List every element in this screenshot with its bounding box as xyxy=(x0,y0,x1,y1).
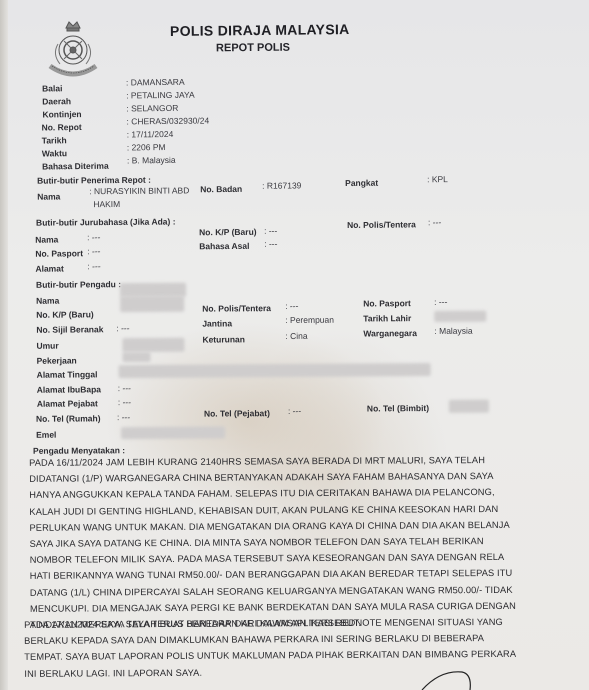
receiver-rank-value: : KPL xyxy=(427,174,448,184)
receiver-badge-value: : R167139 xyxy=(262,180,301,190)
interpreter-kp-value: : --- xyxy=(264,226,277,236)
complainant-parent-address-value: : --- xyxy=(118,383,131,393)
complainant-nationality-label: Warganegara xyxy=(363,328,417,338)
complainant-office-tel-label: No. Tel (Pejabat) xyxy=(204,408,270,418)
redacted-job xyxy=(123,352,151,362)
info-value-daerah: : PETALING JAYA xyxy=(126,90,195,101)
redacted-home-address xyxy=(119,363,431,378)
complainant-age-label: Umur xyxy=(36,341,58,351)
complainant-heading: Butir-butir Pengadu : xyxy=(36,279,121,290)
interpreter-address-label: Alamat xyxy=(35,263,63,273)
interpreter-kp-label: No. K/P (Baru) xyxy=(199,227,257,238)
complainant-birth-cert-label: No. Sijil Beranak xyxy=(36,324,103,334)
info-value-tarikh: : 17/11/2024 xyxy=(127,129,174,140)
complainant-police-label: No. Polis/Tentera xyxy=(202,303,271,313)
info-value-bahasa: : B. Malaysia xyxy=(127,155,176,166)
page-title: POLIS DIRAJA MALAYSIA xyxy=(170,21,350,39)
complainant-police-value: : --- xyxy=(285,301,298,311)
complainant-name-label: Nama xyxy=(36,296,59,306)
complainant-passport-label: No. Pasport xyxy=(363,298,411,308)
complainant-parent-address-label: Alamat IbuBapa xyxy=(37,384,101,394)
statement-line: TEMPAT. SAYA BUAT LAPORAN POLIS UNTUK MA… xyxy=(24,646,516,665)
receiver-rank-label: Pangkat xyxy=(345,178,378,188)
interpreter-police-label: No. Polis/Tentera xyxy=(347,219,416,230)
info-value-balai: : DAMANSARA xyxy=(126,77,185,88)
info-label-bahasa: Bahasa Diterima xyxy=(42,161,109,172)
info-label-kontinjen: Kontinjen xyxy=(42,109,81,119)
info-value-waktu: : 2206 PM xyxy=(127,142,166,152)
info-label-tarikh: Tarikh xyxy=(42,135,67,145)
receiver-name-value: : NURASYIKIN BINTI ABD xyxy=(89,185,189,196)
complainant-email-label: Emel xyxy=(36,430,56,440)
complainant-home-tel-label: No. Tel (Rumah) xyxy=(36,413,101,423)
receiver-name-label: Nama xyxy=(37,191,60,201)
info-label-waktu: Waktu xyxy=(42,148,67,158)
redacted-name xyxy=(120,296,184,312)
interpreter-address-value: : --- xyxy=(87,261,100,271)
complainant-race-label: Keturunan xyxy=(202,334,245,344)
complainant-office-tel-value: : --- xyxy=(288,406,301,416)
info-label-balai: Balai xyxy=(42,83,62,93)
redacted-dob xyxy=(434,311,486,322)
statement-paragraph-1: PADA 16/11/2024 JAM LEBIH KURANG 2140HRS… xyxy=(29,452,516,633)
complainant-home-address-label: Alamat Tinggal xyxy=(37,369,98,379)
signature-icon xyxy=(410,668,480,690)
complainant-nationality-value: : Malaysia xyxy=(434,326,472,336)
interpreter-lang-value: : --- xyxy=(264,239,277,249)
receiver-heading: Butir-butir Penerima Repot : xyxy=(37,175,151,186)
redacted-mobile xyxy=(449,400,489,413)
interpreter-heading: Butir-butir Jurubahasa (Jika Ada) : xyxy=(36,216,176,227)
police-crest-icon xyxy=(40,20,106,82)
interpreter-name-label: Nama xyxy=(35,234,58,244)
page-subtitle: REPOT POLIS xyxy=(216,42,290,55)
info-label-daerah: Daerah xyxy=(42,96,71,106)
complainant-office-address-label: Alamat Pejabat xyxy=(37,398,98,408)
complainant-home-tel-value: : --- xyxy=(117,412,130,422)
interpreter-police-value: : --- xyxy=(428,217,441,227)
receiver-name-value-cont: HAKIM xyxy=(93,199,120,209)
complainant-gender-label: Jantina xyxy=(202,318,232,328)
info-value-kontinjen: : SELANGOR xyxy=(126,103,178,114)
complainant-dob-label: Tarikh Lahir xyxy=(363,313,411,323)
info-label-no-repot: No. Repot xyxy=(41,122,81,132)
redacted-email xyxy=(121,426,225,439)
complainant-birth-cert-value: : --- xyxy=(116,323,129,333)
redacted-age xyxy=(122,338,184,352)
interpreter-passport-value: : --- xyxy=(87,246,100,256)
receiver-badge-label: No. Badan xyxy=(200,184,242,194)
complainant-office-address-value: : --- xyxy=(118,397,131,407)
paper-edge xyxy=(0,0,8,690)
interpreter-passport-label: No. Pasport xyxy=(35,248,83,258)
info-value-no-repot: : CHERAS/032930/24 xyxy=(126,115,209,126)
complainant-passport-value: : --- xyxy=(434,297,447,307)
complainant-kp-label: No. K/P (Baru) xyxy=(36,309,94,319)
complainant-race-value: : Cina xyxy=(285,331,307,341)
complainant-mobile-label: No. Tel (Bimbit) xyxy=(367,403,429,413)
complainant-gender-value: : Perempuan xyxy=(285,315,334,325)
interpreter-name-value: : --- xyxy=(87,232,100,242)
interpreter-lang-label: Bahasa Asal xyxy=(199,241,249,251)
complainant-job-label: Pekerjaan xyxy=(37,355,77,365)
